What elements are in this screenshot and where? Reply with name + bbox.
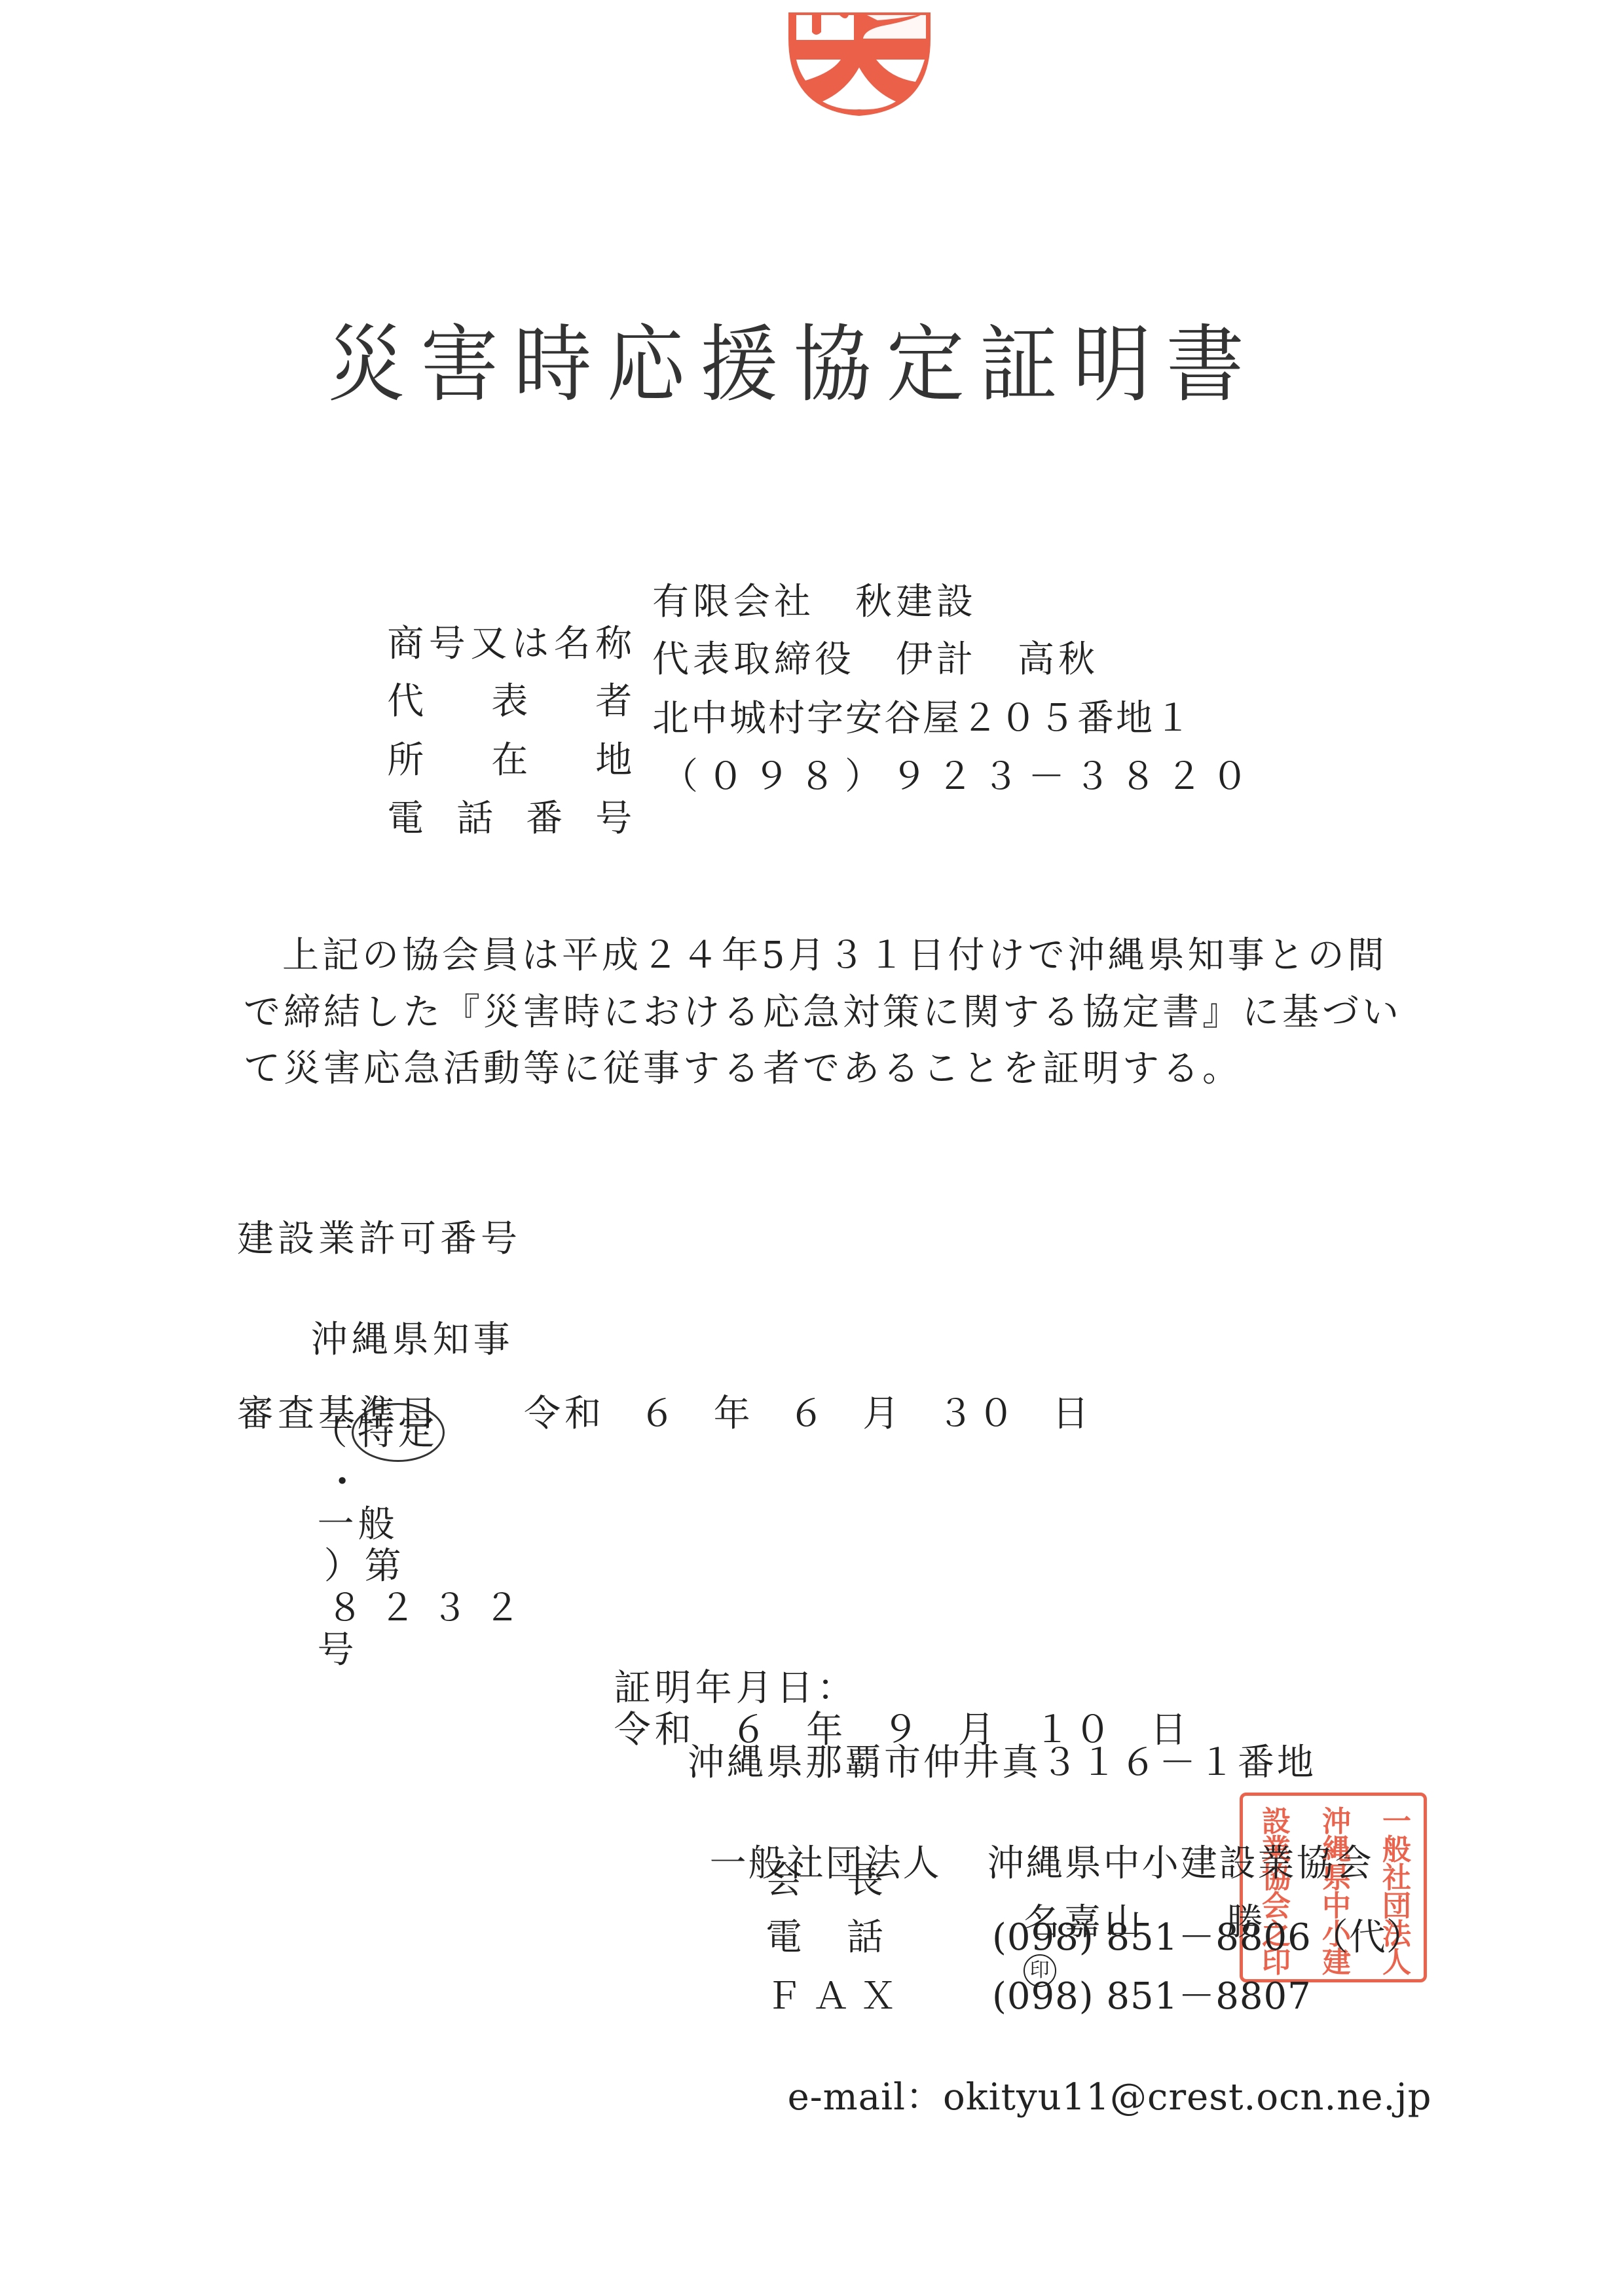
phone-value: （０９８）９２３－３８２０	[661, 756, 1257, 798]
statement-line-1: 上記の協会員は平成２４年5月３１日付けで沖縄県知事との間	[282, 935, 1388, 977]
tel-label: 電 話	[766, 1917, 887, 1959]
number-suffix: 号	[318, 1629, 358, 1671]
license-number: ８２３２	[327, 1587, 536, 1630]
fax-label: ＦＡＸ	[766, 1976, 907, 2018]
issuer-address: 沖縄県那覇市仲井真３１６－１番地	[688, 1742, 1316, 1784]
phone-row: 電話番号	[325, 756, 636, 882]
fax-value: (098) 851－8807	[992, 1976, 1312, 2018]
address-value: 北中城村字安谷屋２０５番地１	[652, 698, 1193, 740]
number-prefix: 第	[365, 1545, 405, 1588]
top-seal	[779, 0, 927, 106]
separator-dot: ・	[324, 1461, 365, 1504]
document-title: 災害時応援協定証明書	[327, 313, 1259, 418]
license-type-other: 一般	[318, 1503, 399, 1546]
certification-row: 証明年月日： 令和 ６ 年 ９ 月 １０ 日	[583, 1626, 1190, 1751]
close-paren: ）	[324, 1545, 365, 1588]
company-seal-icon	[786, 12, 933, 118]
email-row: e-mail：okityu11@crest.ocn.ne.jp	[763, 2035, 1432, 2119]
company-name-value: 有限会社 秋建設	[652, 581, 977, 623]
license-row: 沖縄県知事 （特定 ・ 一般 ）第 ８２３２ 号	[280, 1277, 536, 1671]
review-date-label: 審査基準日	[237, 1393, 440, 1435]
license-issuer: 沖縄県知事	[311, 1319, 514, 1361]
certification-date-label: 証明年月日：	[614, 1667, 858, 1709]
statement-line-3: て災害応急活動等に従事する者であることを証明する。	[244, 1048, 1242, 1090]
representative-value: 代表取締役 伊計 高秋	[652, 639, 1099, 681]
phone-label: 電話番号	[387, 798, 636, 840]
email-label: e-mail：	[788, 2076, 943, 2119]
statement-line-2: で締結した『災害時における応急対策に関する協定書』に基づい	[244, 992, 1402, 1034]
email-value[interactable]: okityu11@crest.ocn.ne.jp	[943, 2076, 1432, 2119]
review-date-value: 令和 ６ 年 ６ 月 ３０ 日	[524, 1393, 1093, 1435]
tel-value: (098) 851－8806（代）	[992, 1917, 1424, 1959]
president-label: 会 長	[766, 1860, 887, 1902]
license-heading: 建設業許可番号	[237, 1218, 521, 1260]
